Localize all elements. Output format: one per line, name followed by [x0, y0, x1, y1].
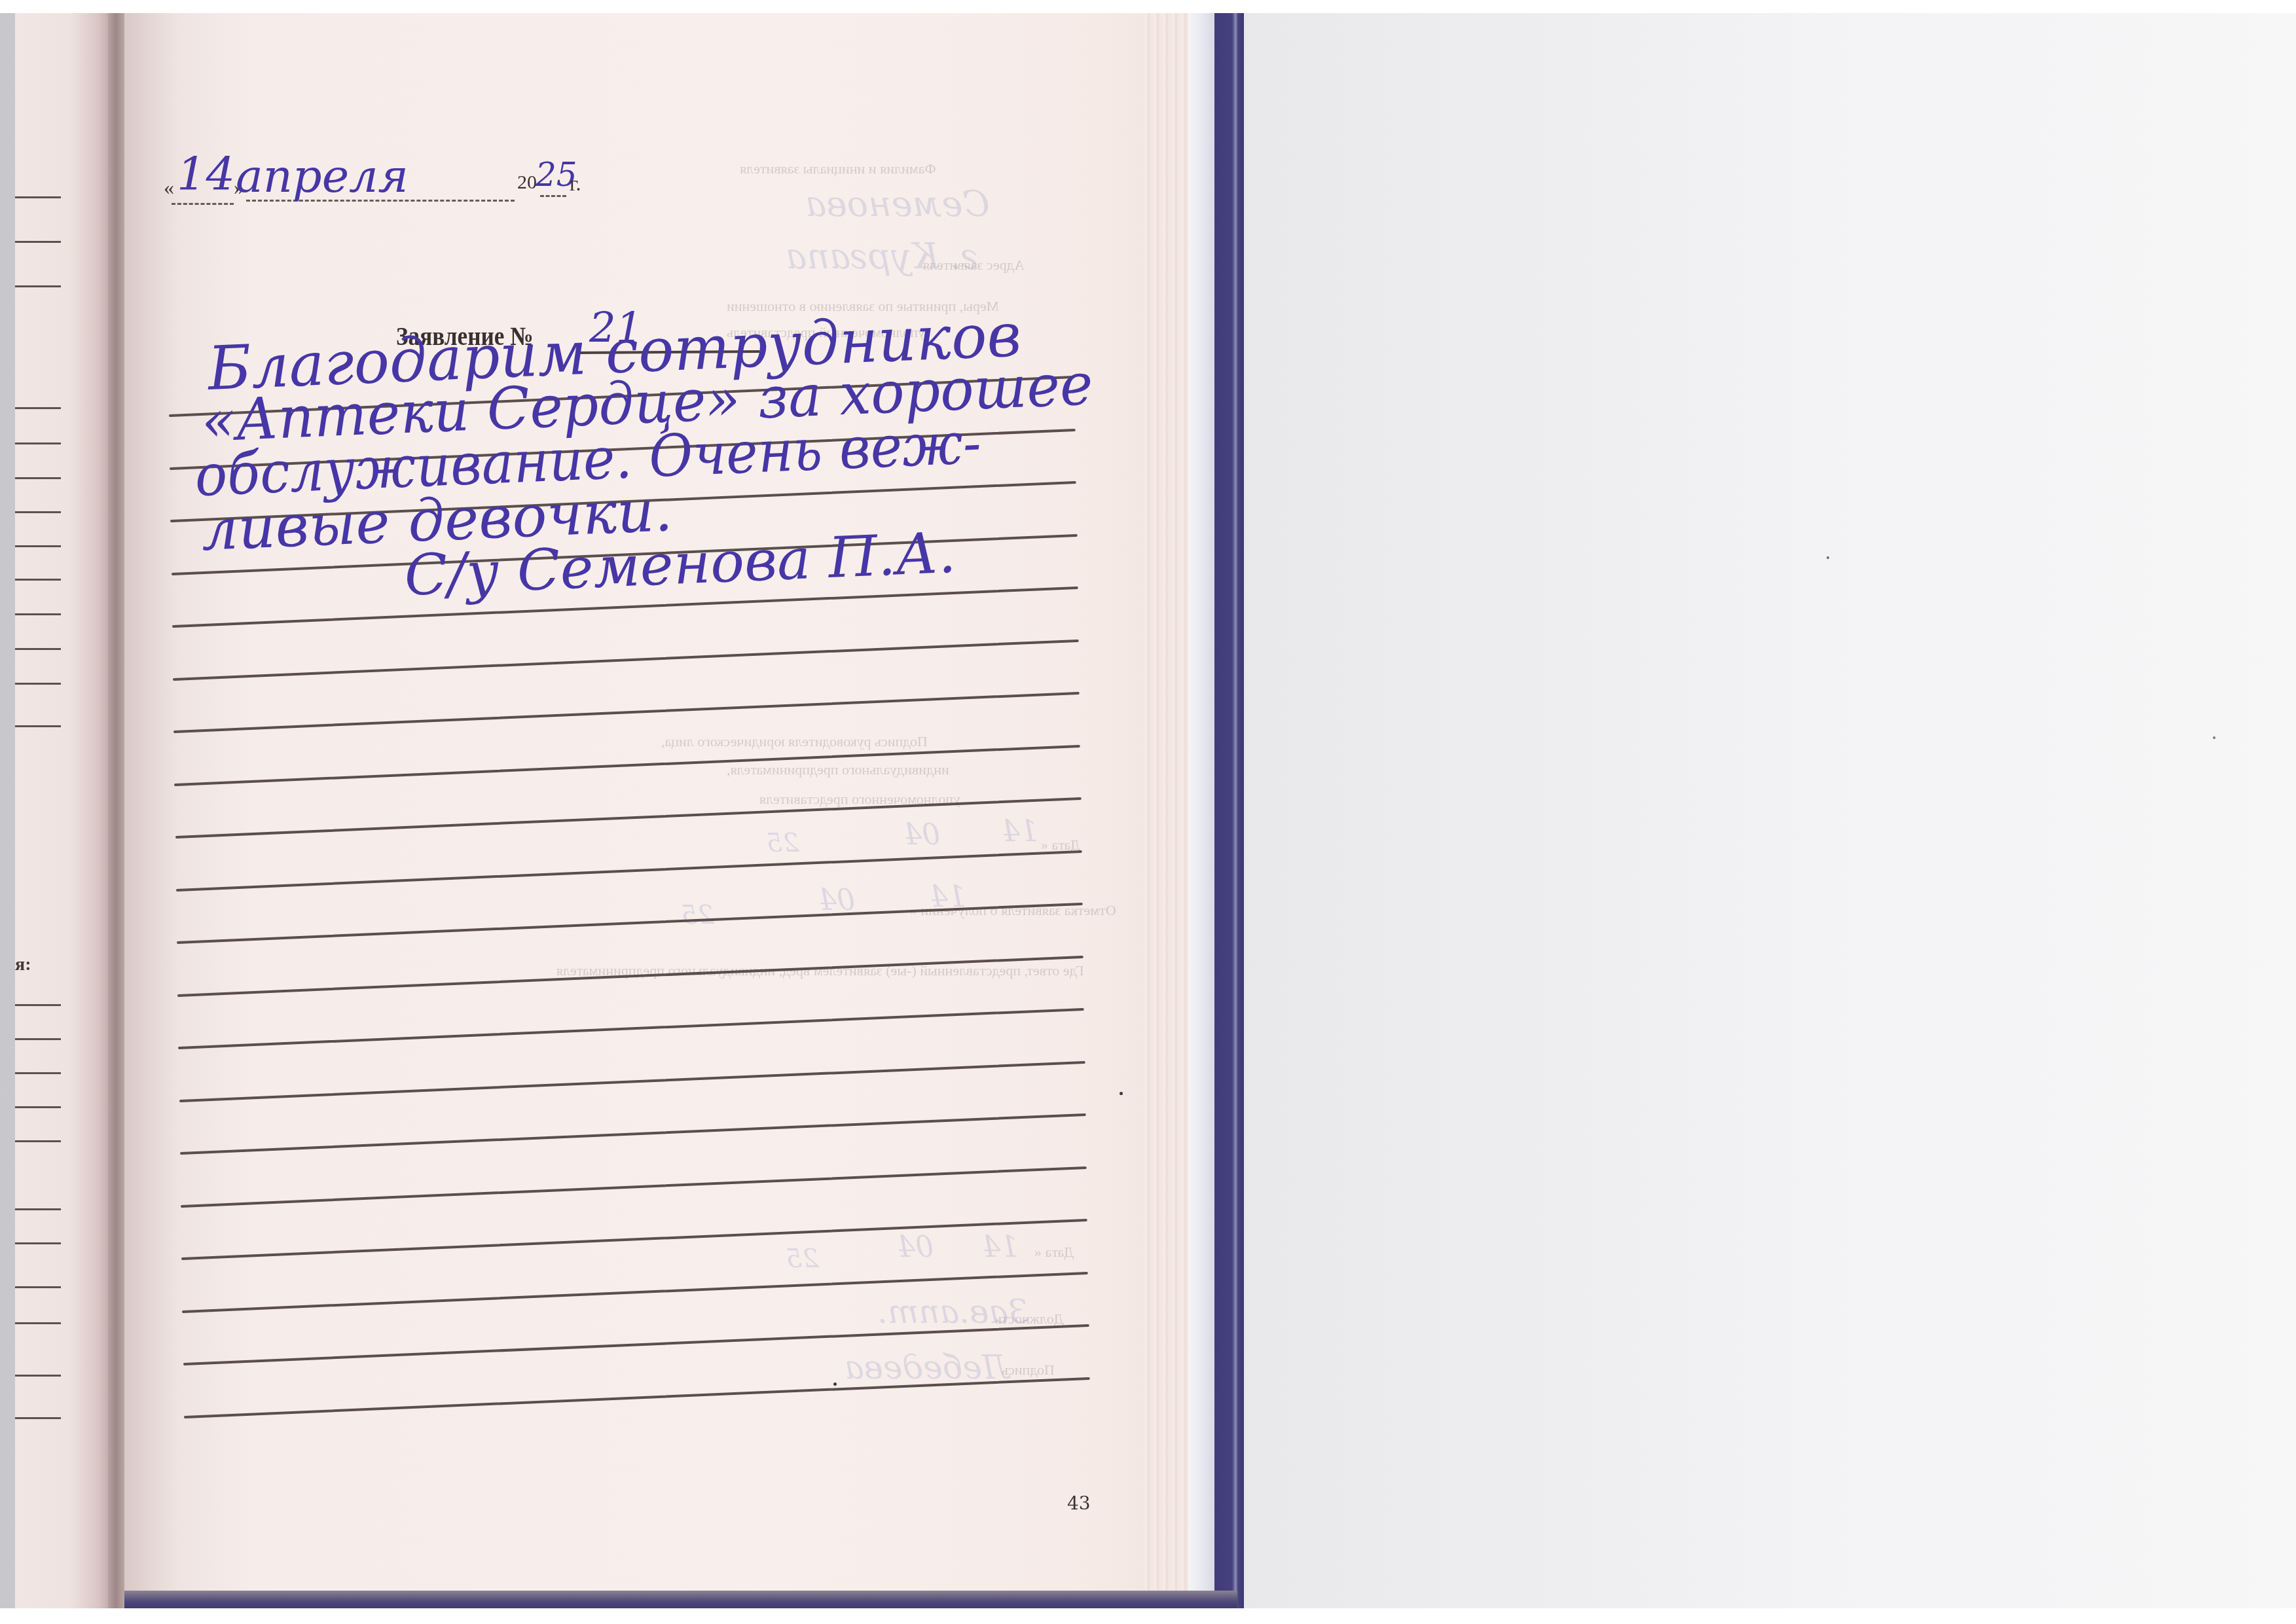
date-year-unit: г. [570, 171, 581, 196]
left-ruled-line [15, 442, 61, 444]
left-ruled-line [15, 511, 61, 513]
date-year-prefix: 20 [517, 171, 537, 194]
left-ruled-line [15, 1242, 61, 1244]
speck [2213, 736, 2215, 739]
left-ruled-line [15, 477, 61, 479]
bleed-line: индивидуального предпринимателя, [727, 761, 949, 778]
left-page-fragment [15, 13, 113, 1608]
left-ruled-line [15, 1106, 61, 1108]
cover-inner-edge [1188, 13, 1214, 1594]
year-underline [540, 195, 566, 197]
date-month: апреля [236, 149, 409, 203]
left-ruled-line [15, 1140, 61, 1142]
day-underline [172, 203, 234, 205]
left-ruled-line [15, 1417, 61, 1419]
bleed-ink: г. Кургапа [786, 236, 979, 277]
bleed-line: Фамилия и инициалы заявителя [740, 160, 936, 177]
left-ruled-line [15, 725, 61, 727]
bleed-ink: 04 [903, 818, 940, 852]
page-bottom-edge [124, 1591, 1237, 1608]
bleed-ink: Лебедева [845, 1348, 1010, 1386]
left-ruled-line [15, 241, 61, 243]
date-day: 14 [177, 147, 235, 201]
left-ruled-line [15, 1038, 61, 1040]
bleed-ink: Семенова [805, 183, 990, 225]
left-ruled-line [15, 613, 61, 615]
left-ruled-line [15, 1004, 61, 1006]
bleed-line: Подпись руководителя юридического лица, [661, 733, 928, 750]
bleed-ink: 04 [897, 1231, 934, 1264]
left-ruled-line [15, 407, 61, 409]
left-ruled-line [15, 196, 61, 198]
bleed-line: Подпись [1002, 1362, 1055, 1379]
bleed-ink: 14 [982, 1231, 1019, 1264]
left-ruled-line [15, 1322, 61, 1324]
page-number: 43 [1067, 1492, 1091, 1514]
bleed-ink: Зав.апт. [877, 1293, 1029, 1331]
bleed-ink: 25 [786, 1244, 819, 1274]
book-cover-edge [1214, 13, 1244, 1608]
left-ruled-line [15, 648, 61, 650]
bleed-ink: 14 [1002, 815, 1038, 848]
speck [1120, 1092, 1123, 1095]
left-ruled-line [15, 1208, 61, 1210]
page-stack-edges [1142, 13, 1188, 1597]
left-page-label: я: [15, 954, 31, 975]
left-ruled-line [15, 285, 61, 287]
left-ruled-line [15, 1286, 61, 1288]
speck [833, 1382, 837, 1386]
bleed-line: Дата « [1034, 1244, 1074, 1261]
left-ruled-line [15, 1375, 61, 1377]
left-ruled-line [15, 545, 61, 547]
bleed-ink: 25 [681, 900, 714, 930]
left-ruled-line [15, 579, 61, 581]
left-ruled-line [15, 683, 61, 685]
left-ruled-line [15, 1072, 61, 1074]
date-open-quote: « [164, 175, 174, 200]
bleed-ink: 25 [766, 828, 799, 858]
speck [1827, 556, 1829, 559]
